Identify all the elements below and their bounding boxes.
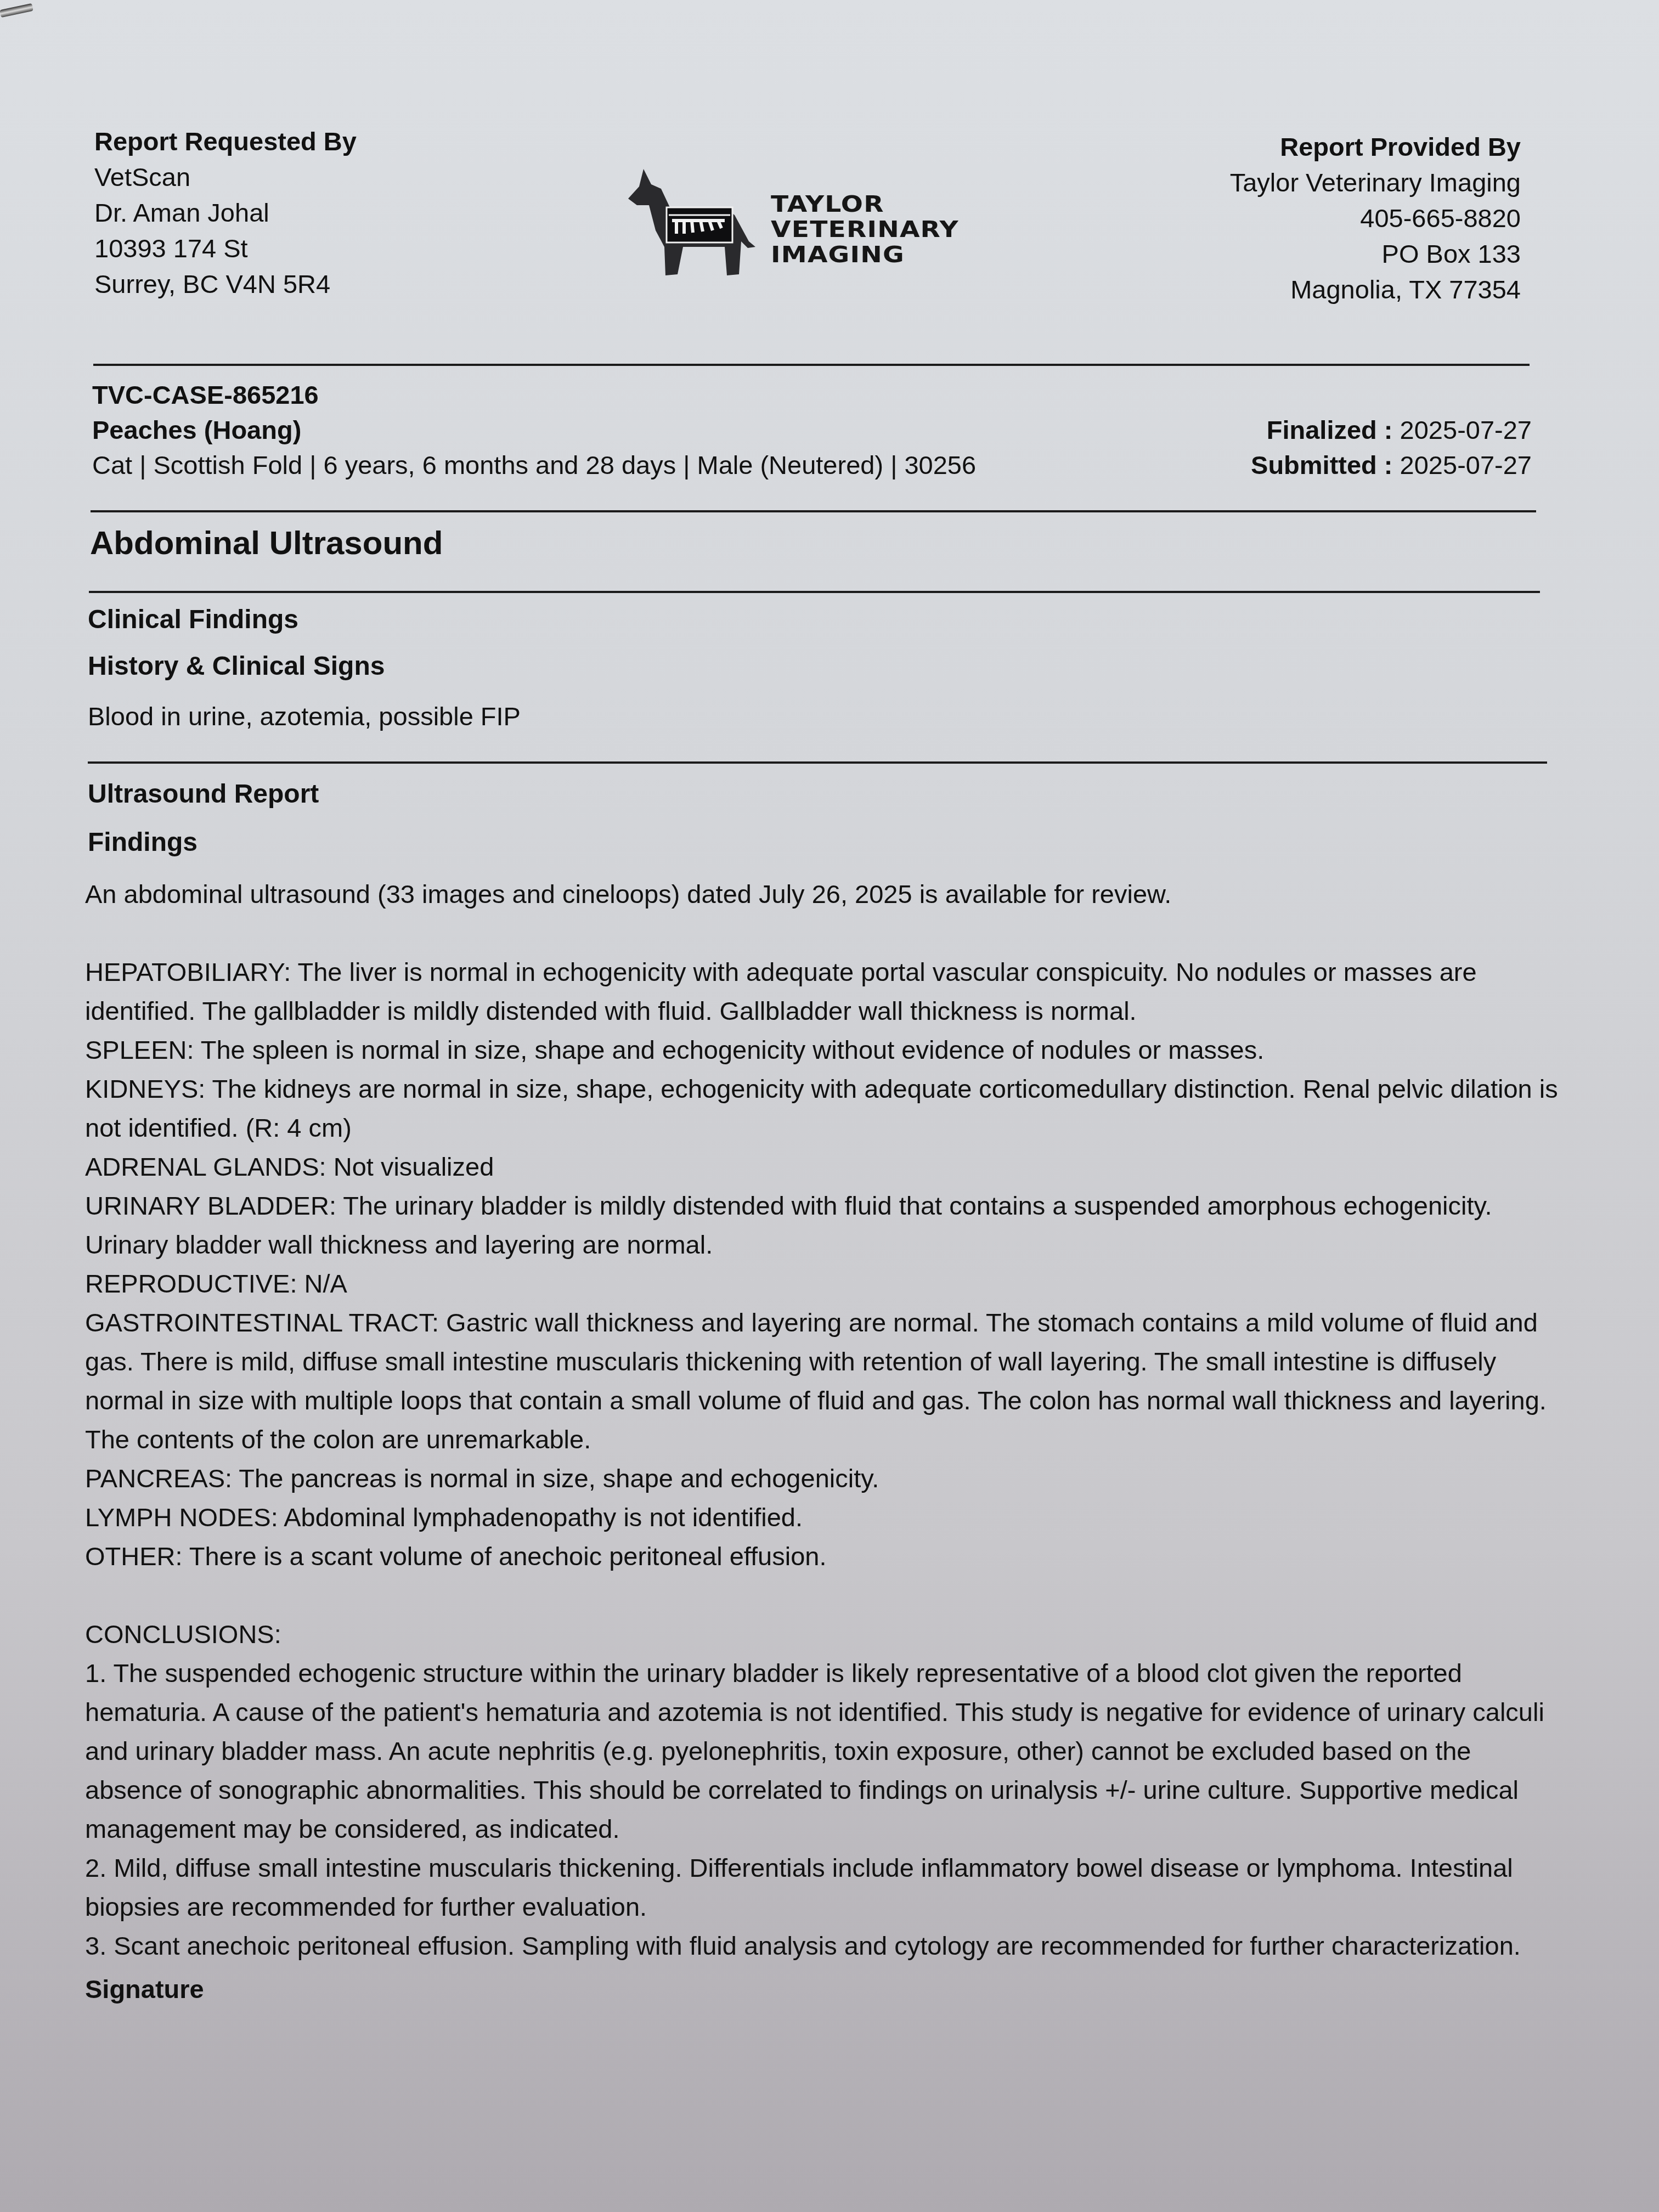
ultrasound-report-heading: Ultrasound Report [88,779,319,809]
finalized-label: Finalized : [1267,415,1393,444]
provided-by-line: Taylor Veterinary Imaging [1230,165,1521,200]
conclusion-item: 2. Mild, diffuse small intestine muscula… [85,1848,1566,1926]
dates-block: Finalized : 2025-07-27 Submitted : 2025-… [1251,413,1532,483]
divider [93,364,1530,366]
clinical-findings-heading: Clinical Findings [88,605,298,635]
requested-by-line: Surrey, BC V4N 5R4 [94,266,357,302]
logo-line: TAYLOR [771,192,959,217]
divider [89,591,1540,593]
requested-by-line: Dr. Aman Johal [94,195,357,230]
staple-mark [0,3,33,18]
conclusion-item: 3. Scant anechoic peritoneal effusion. S… [85,1926,1566,1965]
report-title: Abdominal Ultrasound [90,524,443,562]
logo-line: IMAGING [771,242,959,268]
finding-item: LYMPH NODES: Abdominal lymphadenopathy i… [85,1498,1566,1537]
finding-item: GASTROINTESTINAL TRACT: Gastric wall thi… [85,1303,1566,1459]
history-text: Blood in urine, azotemia, possible FIP [88,701,521,731]
provided-by-line: PO Box 133 [1230,236,1521,272]
requested-by-heading: Report Requested By [94,123,357,159]
finding-item: ADRENAL GLANDS: Not visualized [85,1147,1566,1186]
finding-item: SPLEEN: The spleen is normal in size, sh… [85,1030,1566,1069]
divider [88,761,1547,764]
finding-item: PANCREAS: The pancreas is normal in size… [85,1459,1566,1498]
finding-item: HEPATOBILIARY: The liver is normal in ec… [85,952,1566,1030]
provided-by-heading: Report Provided By [1230,129,1521,165]
divider [91,510,1536,512]
conclusions-heading: CONCLUSIONS: [85,1615,1566,1654]
company-logo: TAYLOR VETERINARY IMAGING [617,165,1001,280]
logo-wordmark: TAYLOR VETERINARY IMAGING [771,192,959,268]
report-page: Report Requested By VetScan Dr. Aman Joh… [0,0,1659,2212]
provided-by-line: Magnolia, TX 77354 [1230,272,1521,307]
findings-intro: An abdominal ultrasound (33 images and c… [85,874,1566,913]
logo-line: VETERINARY [771,217,959,242]
requested-by-block: Report Requested By VetScan Dr. Aman Joh… [94,123,357,302]
finding-item: KIDNEYS: The kidneys are normal in size,… [85,1069,1566,1147]
finding-item: REPRODUCTIVE: N/A [85,1264,1566,1303]
submitted-date: 2025-07-27 [1400,450,1532,479]
finding-item: OTHER: There is a scant volume of anecho… [85,1537,1566,1576]
provided-by-block: Report Provided By Taylor Veterinary Ima… [1230,129,1521,307]
provided-by-line: 405-665-8820 [1230,200,1521,236]
history-heading: History & Clinical Signs [88,651,385,681]
signature-heading: Signature [85,1970,1566,2008]
case-id: TVC-CASE-865216 [92,377,976,413]
finalized-date: 2025-07-27 [1400,415,1532,444]
patient-name: Peaches (Hoang) [92,413,976,448]
submitted-label: Submitted : [1251,450,1392,479]
patient-details: Cat | Scottish Fold | 6 years, 6 months … [92,448,976,483]
requested-by-line: VetScan [94,159,357,195]
findings-heading: Findings [88,827,198,857]
conclusion-item: 1. The suspended echogenic structure wit… [85,1654,1566,1848]
finding-item: URINARY BLADDER: The urinary bladder is … [85,1186,1566,1264]
findings-body: An abdominal ultrasound (33 images and c… [85,874,1566,2008]
requested-by-line: 10393 174 St [94,230,357,266]
dog-xray-icon [617,165,765,280]
patient-block: TVC-CASE-865216 Peaches (Hoang) Cat | Sc… [92,377,976,483]
